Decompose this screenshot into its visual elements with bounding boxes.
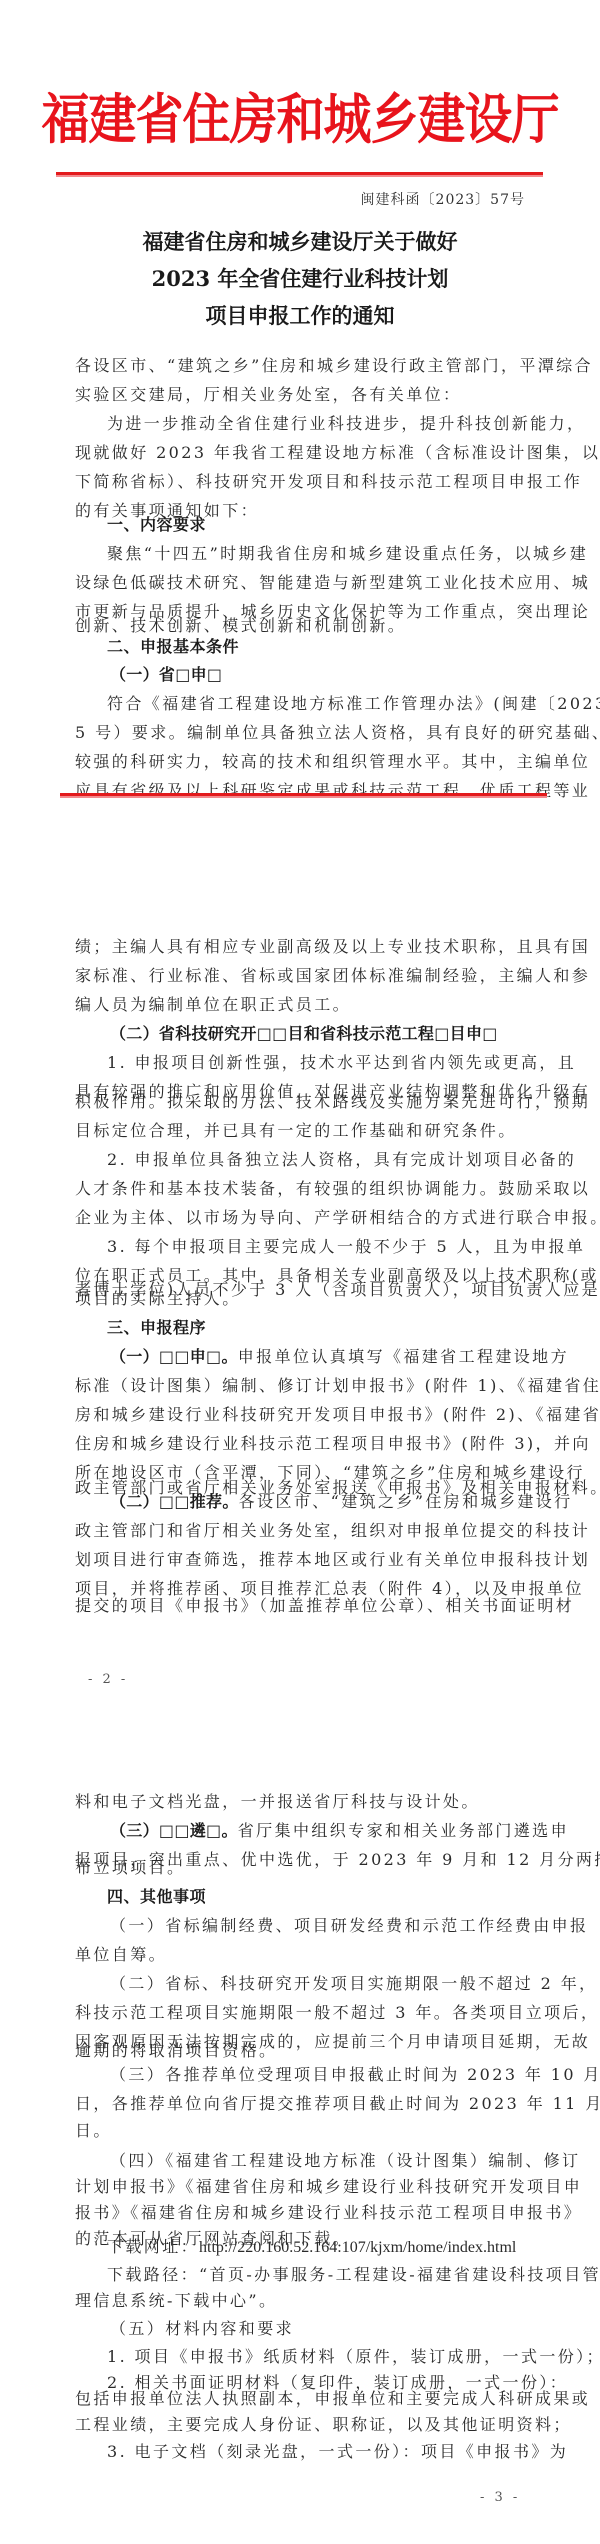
body-line: 单位自筹。 (75, 1940, 528, 1969)
step-label: （二）□□推荐。 (110, 1492, 239, 1511)
subsection-heading-rd-demo-projects: （二）省科技研究开□□目和省科技示范工程□目申□ (110, 1019, 528, 1048)
step-text: 各设区市、“建筑之乡”住房和城乡建设行 (239, 1492, 573, 1511)
body-line: 理信息系统-下载中心”。 (75, 2286, 528, 2315)
body-line: 计划申报书》《福建省住房和城乡建设行业科技研究开发项目申 (75, 2172, 528, 2201)
body-line: 项目的实际主持人。 (75, 1284, 528, 1313)
download-path-line: 下载路径：“首页-办事服务-工程建设-福建省建设科技项目管 (107, 2260, 528, 2289)
condition-item-1: 1. 申报项目创新性强，技术水平达到省内领先或更高，且 (107, 1048, 528, 1077)
salutation-line: 各设区市、“建筑之乡”住房和城乡建设行政主管部门，平潭综合 (75, 351, 528, 380)
body-line: 房和城乡建设行业科技研究开发项目申报书》(附件 2)、《福建省 (75, 1400, 528, 1429)
body-line: 划项目进行审查筛选，推荐本地区或行业有关单位申报科技计划 (75, 1545, 528, 1574)
body-line: 5 号）要求。编制单位具备独立法人资格，具有良好的研究基础、 (75, 718, 528, 747)
other-item-2: （二）省标、科技研究开发项目实施期限一般不超过 2 年， (110, 1969, 528, 1998)
section-heading-basic-conditions: 二、申报基本条件 (107, 632, 528, 661)
section-heading-content-requirements: 一、内容要求 (107, 510, 528, 539)
body-line: 人才条件和基本技术装备，有较强的组织协调能力。鼓励采取以 (75, 1174, 528, 1203)
intro-line: 为进一步推动全省住建行业科技进步，提升科技创新能力， (107, 409, 528, 438)
step-text: 申报单位认真填写《福建省工程建设地方 (238, 1347, 569, 1366)
notice-title-line-3: 项目申报工作的通知 (0, 297, 600, 334)
body-line: 绩；主编人具有相应专业副高级及以上专业技术职称，且具有国 (75, 932, 528, 961)
body-line: 标准（设计图集）编制、修订计划申报书》(附件 1)、《福建省住 (75, 1371, 528, 1400)
condition-item-2: 2. 申报单位具备独立法人资格，具有完成计划项目必备的 (107, 1145, 528, 1174)
procedure-step-3: （三）□□遴□。省厅集中组织专家和相关业务部门遴选申 (110, 1816, 528, 1845)
download-url-link[interactable]: http://220.160.52.164:107/kjxm/home/inde… (199, 2239, 516, 2256)
section-heading-other-matters: 四、其他事项 (107, 1882, 528, 1911)
notice-title-line-1: 福建省住房和城乡建设厅关于做好 (0, 223, 600, 260)
body-line: 科技示范工程项目实施期限一般不超过 3 年。各类项目立项后， (75, 1998, 528, 2027)
body-line: 日。 (75, 2116, 528, 2145)
agency-masthead: 福建省住房和城乡建设厅 (0, 83, 600, 157)
intro-line: 现就做好 2023 年我省工程建设地方标准（含标准设计图集，以 (75, 438, 528, 467)
other-item-3: （三）各推荐单位受理项目申报截止时间为 2023 年 10 月 31 (110, 2060, 528, 2089)
page-number: - 3 - (480, 2490, 520, 2505)
subsection-heading-provincial-standards: （一）省□申□ (110, 660, 528, 689)
step-text: 省厅集中组织专家和相关业务部门遴选申 (238, 1821, 569, 1840)
body-line: 住房和城乡建设行业科技示范工程项目申报书》(附件 3)，并向 (75, 1429, 528, 1458)
other-item-4: （四）《福建省工程建设地方标准（设计图集）编制、修订 (110, 2146, 528, 2175)
condition-item-3: 3. 每个申报项目主要完成人一般不少于 5 人，且为申报单 (107, 1232, 528, 1261)
body-line: 日，各推荐单位向省厅提交推荐项目截止时间为 2023 年 11 月 30 (75, 2089, 528, 2118)
body-line: 应具有省级及以上科研鉴定成果或科技示范工程、优质工程等业 (75, 776, 528, 805)
body-line: 设绿色低碳技术研究、智能建造与新型建筑工业化技术应用、城 (75, 568, 528, 597)
body-line: 政主管部门和省厅相关业务处室，组织对申报单位提交的科技计 (75, 1516, 528, 1545)
body-line: 包括申报单位法人执照副本，申报单位和主要完成人科研成果或 (75, 2384, 528, 2413)
page-break-red-rule (60, 793, 547, 796)
body-line: 料和电子文档光盘，一并报送省厅科技与设计处。 (75, 1787, 528, 1816)
other-item-5-heading: （五）材料内容和要求 (110, 2314, 528, 2343)
page-number: - 2 - (88, 1672, 128, 1687)
body-line: 报书》《福建省住房和城乡建设行业科技示范工程项目申报书》 (75, 2198, 528, 2227)
step-label: （三）□□遴□。 (110, 1821, 238, 1840)
download-url-line: 下载网址：http://220.160.52.164:107/kjxm/home… (107, 2232, 528, 2261)
document-number: 闽建科函〔2023〕57号 (361, 189, 525, 209)
body-line: 提交的项目《申报书》（加盖推荐单位公章）、相关书面证明材 (75, 1591, 528, 1620)
intro-line: 下简称省标）、科技研究开发项目和科技示范工程项目申报工作 (75, 467, 528, 496)
other-item-1: （一）省标编制经费、项目研发经费和示范工作经费由申报 (110, 1911, 528, 1940)
body-line: 较强的科研实力，较高的技术和组织管理水平。其中，主编单位 (75, 747, 528, 776)
body-line: 布立项项目。 (75, 1853, 528, 1882)
section-heading-procedure: 三、申报程序 (107, 1313, 528, 1342)
download-url-label: 下载网址： (107, 2237, 199, 2256)
body-line: 积极作用。拟采取的方法、技术路线及实施方案先进可行，预期 (75, 1087, 528, 1116)
body-line: 企业为主体、以市场为导向、产学研相结合的方式进行联合申报。 (75, 1203, 528, 1232)
body-line: 工程业绩，主要完成人身份证、职称证，以及其他证明资料； (75, 2410, 528, 2439)
body-line: 家标准、行业标准、省标或国家团体标准编制经验，主编人和参 (75, 961, 528, 990)
material-item-1: 1. 项目《申报书》纸质材料（原件，装订成册，一式一份）； (107, 2342, 528, 2371)
masthead-red-rule (56, 172, 543, 175)
body-line: 聚焦“十四五”时期我省住房和城乡建设重点任务，以城乡建 (107, 539, 528, 568)
notice-title-line-2: 2023 年全省住建行业科技计划 (0, 260, 600, 297)
body-line: 编人员为编制单位在职正式员工。 (75, 990, 528, 1019)
procedure-step-2: （二）□□推荐。各设区市、“建筑之乡”住房和城乡建设行 (110, 1487, 528, 1516)
body-line: 目标定位合理，并已具有一定的工作基础和研究条件。 (75, 1116, 528, 1145)
body-line: 符合《福建省工程建设地方标准工作管理办法》(闽建〔2023〕 (107, 689, 528, 718)
step-label: （一）□□申□。 (110, 1347, 238, 1366)
salutation-line: 实验区交建局，厅相关业务处室，各有关单位： (75, 380, 528, 409)
material-item-3: 3. 电子文档（刻录光盘，一式一份）：项目《申报书》为 (107, 2437, 528, 2466)
procedure-step-1: （一）□□申□。申报单位认真填写《福建省工程建设地方 (110, 1342, 528, 1371)
